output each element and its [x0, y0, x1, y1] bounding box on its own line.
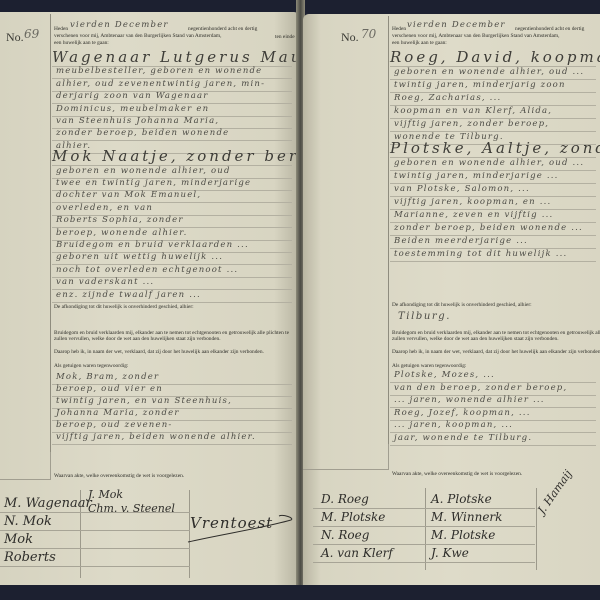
signature-rule: [0, 548, 190, 549]
handwritten-line: Beiden meerderjarige ...: [394, 236, 528, 246]
announcement-label: De afkondiging tot dit huwelijk is onver…: [392, 302, 532, 308]
handwritten-line: Roberts Sophia, zonder: [56, 215, 184, 225]
handwritten-line: zonder beroep, beiden wonende ...: [394, 223, 583, 233]
handwritten-line: Bruidegom en bruid verklaarden ...: [56, 240, 249, 250]
handwritten-line: vijftig jaren, koopman, en ...: [394, 197, 551, 207]
signature-rule: [313, 562, 535, 563]
signature: M. Wagenaar: [4, 496, 92, 511]
header-line1: negentienhonderd acht en dertig: [515, 26, 584, 32]
handwritten-line: Plotske, Aaltje, zonder: [390, 139, 600, 157]
header-line3: een huwelijk aan te gaan:: [54, 40, 109, 46]
left-margin: [0, 12, 50, 487]
handwritten-line: beroep, oud vier en: [56, 384, 163, 394]
handwritten-line: Marianne, zeven en vijftig ...: [394, 210, 553, 220]
handwritten-line: geboren en wonende alhier, oud ...: [394, 67, 584, 77]
handwritten-line: beroep, oud zevenen-: [56, 420, 172, 430]
right-page: No. 70 Heden vierden December negentienh…: [303, 14, 600, 589]
ruled-line: [390, 445, 596, 446]
handwritten-line: jaar, wonende te Tilburg.: [394, 433, 532, 443]
handwritten-line: van Plotske, Salomon, ...: [394, 184, 530, 194]
signature-rule: [313, 526, 535, 527]
record-number: 69: [24, 27, 39, 41]
ruled-line: [52, 444, 292, 445]
signature: J. Mok: [88, 488, 123, 501]
handwritten-line: Dominicus, meubelmaker en: [56, 104, 209, 114]
handwritten-line: Mok, Bram, zonder: [56, 372, 159, 382]
signature: J. Kwe: [431, 546, 469, 560]
signature: M. Plotske: [431, 528, 495, 542]
header-prefix: Heden: [54, 26, 68, 32]
witnesses-label: Als getuigen waren tegenwoordig:: [54, 363, 128, 369]
signature: Chm. v. Steenel: [88, 502, 175, 515]
handwritten-line: meubelbesteller, geboren en wonende: [56, 66, 262, 76]
left-column-rule: [50, 14, 51, 479]
signature: Roberts: [4, 550, 56, 565]
handwritten-line: alhier, oud zevenentwintig jaren, min-: [56, 79, 265, 89]
handwritten-line: Roeg, Zacharias, ...: [394, 93, 501, 103]
handwritten-line: noch tot overleden echtgenoot ...: [56, 265, 238, 275]
handwritten-line: van Steenhuis Johanna Maria,: [56, 116, 219, 126]
header-date: vierden December: [70, 20, 169, 30]
left-page: No. 69 Heden vierden December negentienh…: [0, 12, 298, 587]
closing-statement: Waarvan akte, welke overeenkomstig de we…: [54, 473, 184, 479]
handwritten-line: Roeg, Jozef, koopman, ...: [394, 408, 531, 418]
declaration-paragraph-2: Daarop heb ik, in naam der wet, verklaar…: [392, 349, 600, 355]
handwritten-line: geboren en wonende alhier, oud ...: [394, 158, 584, 168]
left-column-rule: [388, 16, 389, 456]
record-number-label: No.: [6, 30, 24, 45]
header-date: vierden December: [407, 20, 506, 30]
handwritten-line: vijftig jaren, beiden wonende alhier.: [56, 432, 256, 442]
record-number-label: No.: [341, 30, 359, 45]
handwritten-line: twintig jaren, minderjarige ...: [394, 171, 559, 181]
handwritten-line: geboren uit wettig huwelijk ...: [56, 252, 223, 262]
signature: D. Roeg: [321, 492, 369, 506]
margin-box: [303, 444, 389, 470]
handwritten-line: Mok Naatje, zonder beroep,: [52, 147, 298, 165]
header-line2-end: ten einde: [275, 34, 295, 40]
header-line3: een huwelijk aan te gaan:: [392, 40, 447, 46]
handwritten-line: zonder beroep, beiden wonende: [56, 128, 229, 138]
signature: A. Plotske: [431, 492, 492, 506]
signature: M. Winnerk: [431, 510, 502, 524]
header-line1: negentienhonderd acht en dertig: [188, 26, 257, 32]
declaration-paragraph-1: Bruidegom en bruid verklaarden mij, elka…: [54, 330, 294, 343]
handwritten-line: Johanna Maria, zonder: [56, 408, 180, 418]
signature: A. van Klerf: [321, 546, 393, 560]
handwritten-line: enz. zijnde twaalf jaren ...: [56, 290, 201, 300]
handwritten-line: Roeg, David, koopman: [390, 48, 600, 66]
handwritten-line: van vaderskant ...: [56, 277, 154, 287]
scan-background-bottom: [0, 585, 600, 600]
handwritten-line: koopman en van Klerf, Alida,: [394, 106, 552, 116]
announcement-label: De afkondiging tot dit huwelijk is onver…: [54, 304, 194, 310]
handwritten-line: Wagenaar Lutgerus Mauri: [52, 48, 298, 66]
handwritten-line: dochter van Mok Emanuel,: [56, 190, 201, 200]
header-prefix: Heden: [392, 26, 406, 32]
handwritten-line: ... jaren, wonende alhier ...: [394, 395, 545, 405]
witnesses-label: Als getuigen waren tegenwoordig:: [392, 363, 466, 369]
signature-rule: [0, 530, 190, 531]
handwritten-line: toestemming tot dit huwelijk ...: [394, 249, 567, 259]
ruled-line: [52, 302, 292, 303]
official-signature: J. Hamaij: [535, 468, 575, 517]
signature: M. Plotske: [321, 510, 385, 524]
header-line2: verschenen voor mij, Ambtenaar van den B…: [54, 33, 221, 39]
signature: N. Roeg: [321, 528, 369, 542]
margin-box: [0, 452, 51, 480]
signature: N. Mok: [4, 514, 52, 529]
announcement-place: Tilburg.: [398, 311, 451, 322]
record-number: 70: [361, 27, 376, 41]
declaration-paragraph-1: Bruidegom en bruid verklaarden mij, elka…: [392, 330, 600, 343]
handwritten-line: overleden, en van: [56, 203, 153, 213]
handwritten-line: Plotske, Mozes, ...: [394, 370, 495, 380]
ruled-line: [390, 261, 596, 262]
signature-rule: [0, 566, 190, 567]
closing-statement: Waarvan akte, welke overeenkomstig de we…: [392, 471, 522, 477]
signature-rule: [313, 544, 535, 545]
handwritten-line: twee en twintig jaren, minderjarige: [56, 178, 251, 188]
signature-flourish: [183, 512, 298, 552]
handwritten-line: twintig jaren, minderjarig zoon: [394, 80, 566, 90]
handwritten-line: twintig jaren, en van Steenhuis,: [56, 396, 232, 406]
declaration-paragraph-2: Daarop heb ik, in naam der wet, verklaar…: [54, 349, 294, 355]
open-register-book: No. 69 Heden vierden December negentienh…: [0, 0, 600, 600]
signature: Mok: [4, 532, 33, 547]
signature-rule: [313, 508, 535, 509]
handwritten-line: van den beroep, zonder beroep,: [394, 383, 567, 393]
handwritten-line: ... jaren, koopman, ...: [394, 420, 513, 430]
handwritten-line: derjarig zoon van Wagenaar: [56, 91, 209, 101]
handwritten-line: beroep, wonende alhier.: [56, 228, 188, 238]
handwritten-line: geboren en wonende alhier, oud: [56, 166, 231, 176]
handwritten-line: vijftig jaren, zonder beroep,: [394, 119, 549, 129]
header-line2: verschenen voor mij, Ambtenaar van den B…: [392, 33, 559, 39]
